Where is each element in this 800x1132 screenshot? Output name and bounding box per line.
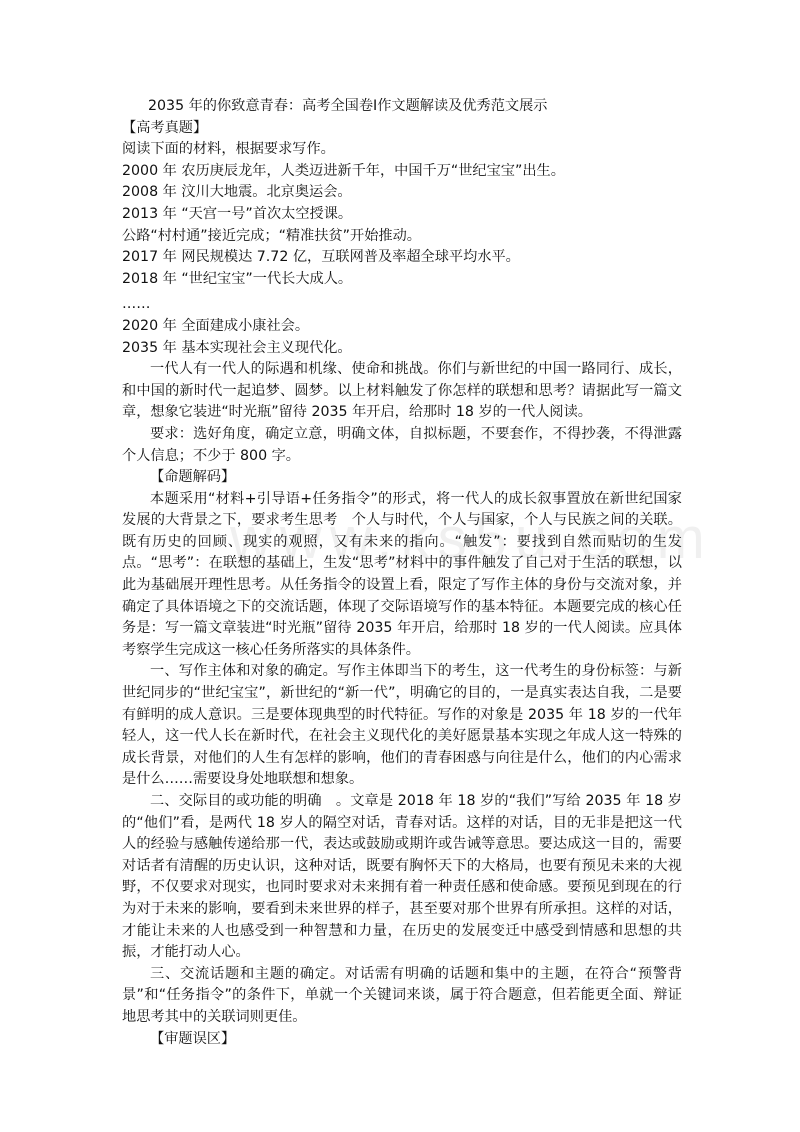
requirements-paragraph: 要求：选好角度，确定立意，明确文体，自拟标题，不要套作，不得抄袭，不得泄露个人信…	[122, 424, 682, 467]
timeline-item: 2018 年 “世纪宝宝”一代长大成人。	[122, 269, 682, 291]
section-heading-exam: 【高考真题】	[122, 118, 682, 140]
timeline-item: 2000 年 农历庚辰龙年，人类迈进新千年，中国千万“世纪宝宝”出生。	[122, 161, 682, 183]
timeline-list: 2000 年 农历庚辰龙年，人类迈进新千年，中国千万“世纪宝宝”出生。 2008…	[122, 161, 682, 359]
timeline-item: 2020 年 全面建成小康社会。	[122, 316, 682, 338]
document-title: 2035 年的你致意青春：高考全国卷Ⅰ作文题解读及优秀范文展示	[122, 96, 682, 118]
point-two-paragraph: 二、交际目的或功能的明确 。文章是 2018 年 18 岁的“我们”写给 203…	[122, 791, 682, 964]
decode-intro-paragraph: 本题采用“材料+引导语+任务指令”的形式，将一代人的成长叙事置放在新世纪国家发展…	[122, 489, 682, 662]
point-one-paragraph: 一、写作主体和对象的确定。写作主体即当下的考生，这一代考生的身份标签：与新世纪同…	[122, 661, 682, 791]
instruction-text: 阅读下面的材料，根据要求写作。	[122, 139, 682, 161]
timeline-item: 2008 年 汶川大地震。北京奥运会。	[122, 182, 682, 204]
section-heading-pitfalls: 【审题误区】	[122, 1029, 682, 1051]
document-page: 2035 年的你致意青春：高考全国卷Ⅰ作文题解读及优秀范文展示 【高考真题】 阅…	[122, 96, 682, 1050]
timeline-item: 公路“村村通”接近完成；“精准扶贫”开始推动。	[122, 226, 682, 248]
point-three-paragraph: 三、交流话题和主题的确定。对话需有明确的话题和集中的主题，在符合“预警背景”和“…	[122, 964, 682, 1029]
timeline-item: 2017 年 网民规模达 7.72 亿，互联网普及率超全球平均水平。	[122, 247, 682, 269]
prompt-paragraph: 一代人有一代人的际遇和机缘、使命和挑战。你们与新世纪的中国一路同行、成长，和中国…	[122, 359, 682, 424]
timeline-item: ……	[122, 294, 682, 316]
timeline-item: 2035 年 基本实现社会主义现代化。	[122, 338, 682, 360]
section-heading-decode: 【命题解码】	[122, 467, 682, 489]
timeline-item: 2013 年 “天宫一号”首次太空授课。	[122, 204, 682, 226]
